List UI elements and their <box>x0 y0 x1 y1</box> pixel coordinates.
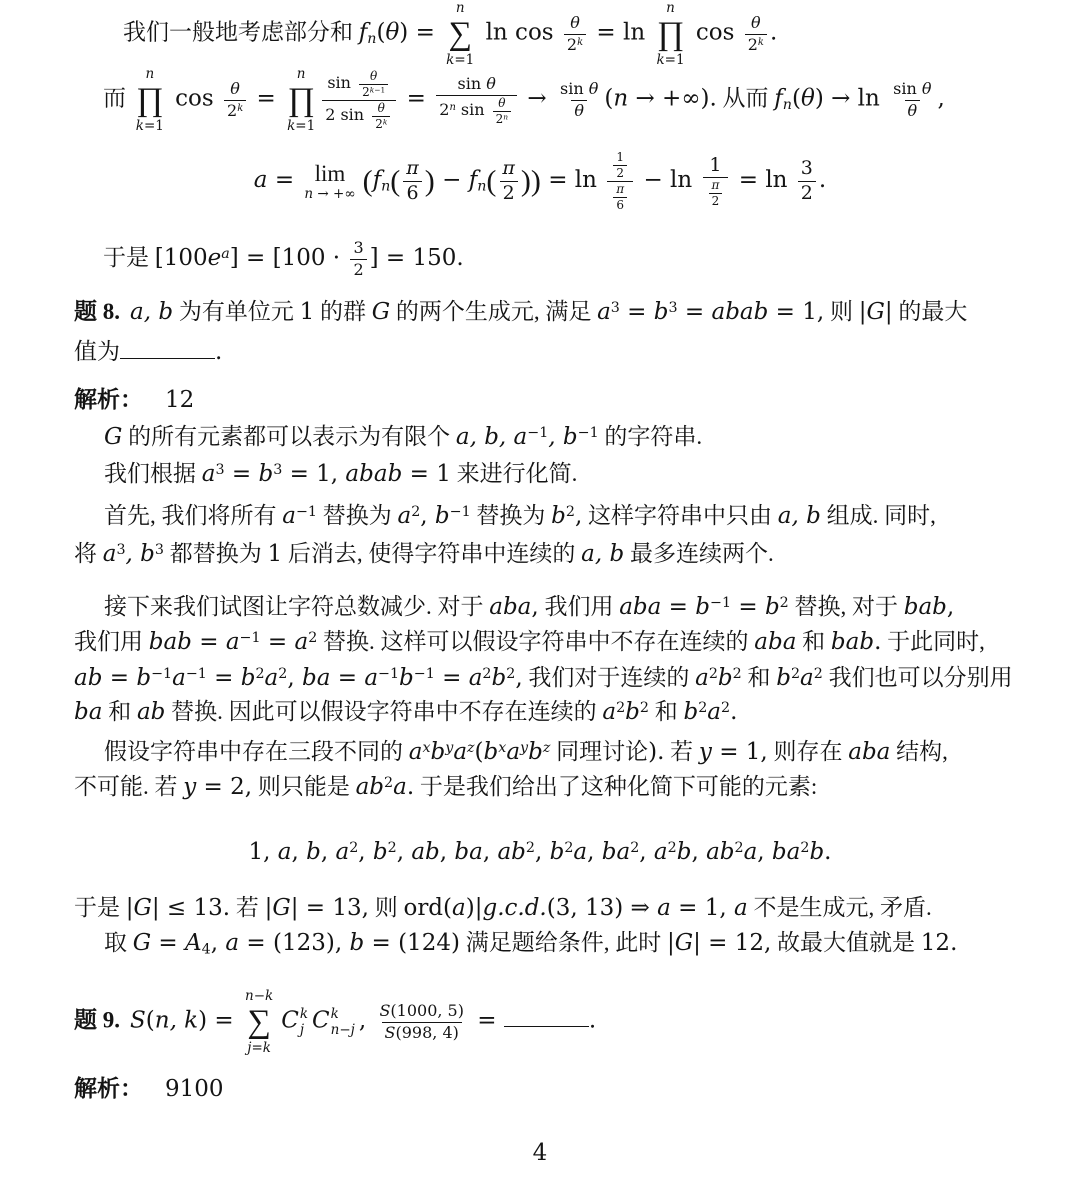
math-roman-run: [100 <box>155 245 208 271</box>
math-italic-run: aba <box>848 739 890 765</box>
math-roman-run: = <box>435 665 469 691</box>
problem8-statement-line1: 题 8.a, b 为有单位元 1 的群 G 的两个生成元, 满足 a3 = b3… <box>74 292 967 332</box>
math-roman-run: = <box>470 1007 504 1033</box>
problem8-statement-line2: 值为. <box>74 332 222 372</box>
big-operator: n∏k=1 <box>656 0 684 68</box>
superscript: 3 <box>273 462 282 478</box>
math-roman-run: −1 <box>240 630 261 646</box>
math-italic-run: a <box>397 503 411 529</box>
problem8-solution-e2: 不可能. 若 y = 2, 则只能是 ab2a. 于是我们给出了这种化简下可能的… <box>74 767 817 807</box>
superscript: −1 <box>186 666 207 682</box>
math-roman-run: ( <box>792 85 801 111</box>
fraction: θ2n <box>493 96 511 127</box>
math-italic-run: S <box>130 1007 146 1033</box>
math-roman-run: , <box>287 665 302 691</box>
numerator: sin θ <box>454 74 498 95</box>
superscript: k−1 <box>370 85 385 94</box>
text-run: 则 <box>369 895 404 920</box>
math-italic-run: a <box>364 665 378 691</box>
math-italic-run: G <box>866 299 884 325</box>
math-italic-run: a <box>469 665 483 691</box>
math-italic-run: k <box>577 37 583 48</box>
text-run: 和 <box>742 665 777 690</box>
document-page: 我们一般地考虑部分和 fn(θ) = n∑k=1 ln cos θ2k = ln… <box>0 0 1080 1187</box>
denominator: 2 <box>350 259 366 281</box>
subscript: n <box>477 178 486 194</box>
math-italic-run: abab <box>712 299 769 325</box>
math-italic-run: G <box>675 930 693 956</box>
math-roman-run: = <box>330 665 364 691</box>
math-italic-run: k <box>237 103 243 114</box>
fraction: S(1000, 5)S(998, 4) <box>376 1001 467 1044</box>
superscript: 2 <box>721 700 730 716</box>
math-italic-run: b <box>528 739 543 765</box>
math-roman-run: 2 <box>503 182 515 204</box>
math-italic-run: n <box>331 1022 340 1038</box>
text-run: 的两个生成元, 满足 <box>390 299 597 324</box>
math-italic-run: b <box>683 699 698 725</box>
denominator: π6 <box>607 181 633 213</box>
superscript: k <box>758 37 764 48</box>
math-roman-run: − <box>435 167 469 193</box>
math-roman-run: = <box>268 167 302 193</box>
math-italic-run: n <box>304 186 313 202</box>
numerator: θ <box>567 13 583 34</box>
math-roman-run: = <box>102 665 136 691</box>
superscript: 2 <box>698 700 707 716</box>
fraction: 12 <box>613 150 627 181</box>
stack-subscript: n−j <box>331 1022 355 1039</box>
math-roman-run: 1 <box>267 541 282 567</box>
denominator: 2n sin θ2n <box>436 95 517 127</box>
math-italic-run: C <box>312 1007 330 1033</box>
math-roman-run: | <box>667 930 675 956</box>
math-roman-run: −1 <box>186 666 207 682</box>
math-italic-run: a <box>225 930 239 956</box>
math-roman-run: 12. <box>921 930 958 956</box>
operator-symbol: ∏ <box>288 83 315 118</box>
math-italic-run: b <box>677 839 692 865</box>
math-roman-run: 2 <box>791 666 800 682</box>
math-roman-run: ). <box>648 739 664 765</box>
denominator: 2k <box>372 116 390 132</box>
math-roman-run: = ln <box>731 167 794 193</box>
superscript: −1 <box>450 504 471 520</box>
math-italic-run: a <box>221 246 230 262</box>
math-roman-run: 2 <box>616 166 624 180</box>
math-roman-run: − <box>339 1022 350 1038</box>
superscript: a <box>221 246 230 262</box>
superscript: 2 <box>349 840 358 856</box>
math-italic-run: ba <box>74 699 102 725</box>
math-roman-run: . <box>589 1007 596 1033</box>
math-roman-run: (998, 4) <box>396 1023 459 1042</box>
superscript: 2 <box>733 666 742 682</box>
math-roman-run: 6 <box>616 198 624 212</box>
math-roman-run: 1 <box>709 154 721 176</box>
math-italic-run: G <box>372 299 390 325</box>
math-italic-run: x <box>422 740 430 756</box>
math-italic-run: S <box>385 1023 396 1042</box>
text-run: 我们用 <box>74 629 149 654</box>
problem8-solution-d2: 我们用 bab = a−1 = a2 替换. 这样可以假设字符串中不存在连续的 … <box>74 622 985 662</box>
math-roman-run: )| <box>466 895 483 921</box>
superscript: 2 <box>411 504 420 520</box>
math-roman-run: = 1, <box>768 299 824 325</box>
superscript: 2 <box>630 840 639 856</box>
math-roman-run: 2 <box>712 194 720 208</box>
math-roman-run: ln cos <box>478 19 561 45</box>
superscript: 2 <box>388 840 397 856</box>
text-run: 替换为 <box>471 503 552 528</box>
blank-underline <box>120 335 215 359</box>
denominator: S(998, 4) <box>382 1022 462 1044</box>
math-roman-run: = (124) <box>364 930 460 956</box>
math-roman-run: ] = 150. <box>370 245 464 271</box>
numerator: 3 <box>798 157 816 181</box>
math-italic-run: b <box>484 739 499 765</box>
superscript: 2 <box>278 666 287 682</box>
math-italic-run: b <box>306 839 321 865</box>
math-italic-run: b <box>373 839 388 865</box>
math-roman-run: −1 <box>414 666 435 682</box>
math-roman-run: −1 <box>296 504 317 520</box>
superscript: 3 <box>669 300 678 316</box>
math-roman-run: ( <box>604 85 613 111</box>
math-roman-run: , <box>587 839 602 865</box>
superscript: x <box>422 740 430 756</box>
math-italic-run: n <box>783 97 792 113</box>
math-italic-run: π <box>712 178 720 192</box>
math-roman-run: ( <box>475 739 484 765</box>
math-italic-run: θ <box>230 79 240 98</box>
denominator: 2 <box>500 181 518 206</box>
superscript: −1 <box>151 666 172 682</box>
big-paren: ( <box>390 165 400 198</box>
math-italic-run: a, b <box>778 503 821 529</box>
math-roman-run: , <box>321 839 336 865</box>
text-run: 替换. 这样可以假设字符串中不存在连续的 <box>317 629 754 654</box>
math-italic-run: b <box>241 665 256 691</box>
numerator: sin θ2k−1 <box>324 69 394 100</box>
math-italic-run: b <box>435 503 450 529</box>
superscript: 2 <box>668 840 677 856</box>
numerator: 3 <box>350 238 366 259</box>
big-paren: ) <box>521 165 531 198</box>
text-run: 而 <box>103 85 132 110</box>
numerator: θ <box>748 13 764 34</box>
math-roman-run: 2 <box>698 700 707 716</box>
upper-limit: n−k <box>245 988 273 1005</box>
math-roman-run: , <box>483 839 498 865</box>
math-roman-run: 2 <box>814 666 823 682</box>
math-italic-run: θ <box>498 96 505 110</box>
math-roman-run: = 1 <box>402 461 451 487</box>
numerator: 1 <box>706 154 724 178</box>
text-run: ​ 从而 <box>717 85 775 110</box>
math-roman-run: 2 <box>721 700 730 716</box>
math-italic-run: a <box>452 895 466 921</box>
denominator: 2 <box>613 165 627 181</box>
math-roman-run: , <box>938 85 945 111</box>
text-run: 来进行化简. <box>451 461 578 486</box>
numerator: π <box>403 157 422 181</box>
numerator: 1 <box>613 150 627 165</box>
math-italic-run: b <box>776 665 791 691</box>
subscript: 4 <box>202 942 211 958</box>
math-roman-run: −1 <box>578 425 599 441</box>
bold-label: 题 9. <box>74 1007 120 1032</box>
math-roman-run: = <box>661 594 695 620</box>
math-italic-run: a <box>573 839 587 865</box>
text-run: 组成. 同时, <box>821 503 936 528</box>
problem8-elements-list: 1, a, b, a2, b2, ab, ba, ab2, b2a, ba2, … <box>0 832 1080 872</box>
text-run: 最多连续两个. <box>624 541 774 566</box>
bold-label: 题 8. <box>74 299 120 324</box>
math-italic-run: b <box>718 665 733 691</box>
text-run: 我们根据 <box>104 461 202 486</box>
superscript: y <box>520 740 528 756</box>
numerator: 12 <box>607 150 633 181</box>
numerator: π <box>499 157 518 181</box>
math-roman-run: 2 <box>349 840 358 856</box>
math-roman-run: 2 <box>439 100 449 119</box>
math-italic-run: n <box>297 66 306 82</box>
math-roman-run: −1 <box>527 425 548 441</box>
operator-symbol: ∏ <box>136 83 163 118</box>
math-italic-run: a <box>282 503 296 529</box>
math-italic-run: b <box>349 930 364 956</box>
math-italic-run: n <box>477 178 486 194</box>
math-italic-run: y <box>520 740 528 756</box>
problem8-solution-a: G 的所有元素都可以表示为有限个 a, b, a−1, b−1 的字符串. <box>104 417 702 457</box>
stack-superscript: k <box>300 1006 308 1023</box>
fraction: 32 <box>798 157 816 206</box>
operator-symbol: ∏ <box>657 17 684 52</box>
math-italic-run: a <box>654 839 668 865</box>
lower-limit: n → +∞ <box>304 187 355 202</box>
math-roman-run: − <box>254 988 265 1004</box>
math-italic-run: a, b <box>581 541 624 567</box>
fraction: π6 <box>613 182 627 213</box>
math-roman-run: 2 <box>668 840 677 856</box>
numerator: sin θ <box>890 79 934 100</box>
math-italic-run: θ <box>922 79 932 98</box>
math-roman-run: . <box>824 839 831 865</box>
math-italic-run: k <box>331 1006 339 1022</box>
problem8-solution-d4: ba 和 ab 替换. 因此可以假设字符串中不存在连续的 a2b2 和 b2a2… <box>74 692 737 732</box>
math-roman-run: = <box>620 299 654 325</box>
math-roman-run: 2 <box>748 35 758 54</box>
denominator: 2 <box>798 181 816 206</box>
math-roman-run: = <box>192 629 226 655</box>
math-italic-run: n <box>613 85 628 111</box>
math-italic-run: j <box>351 1022 355 1038</box>
math-roman-run: = <box>731 594 765 620</box>
big-paren: ) <box>531 165 541 198</box>
text-run: 为有单位元 <box>173 299 300 324</box>
math-italic-run: f <box>774 85 783 111</box>
math-italic-run: b <box>399 665 414 691</box>
math-roman-run: . <box>770 19 777 45</box>
math-roman-run: 3 <box>155 542 164 558</box>
math-italic-run: y <box>699 739 712 765</box>
text-run: 接下来我们试图让字符总数减少. 对于 <box>104 594 489 619</box>
denominator: 2k <box>224 100 246 122</box>
math-roman-run: . <box>215 339 222 365</box>
superscript: 2 <box>526 840 535 856</box>
math-italic-run: a <box>602 699 616 725</box>
fraction: θ2k <box>224 79 246 122</box>
math-roman-run: 4 <box>533 1140 548 1166</box>
math-roman-run: cos <box>689 19 742 45</box>
math-italic-run: k <box>758 37 764 48</box>
text-run: 和 <box>102 699 137 724</box>
subscript: n <box>381 178 390 194</box>
math-italic-run: θ <box>486 74 496 93</box>
fraction: θ2k <box>745 13 767 56</box>
math-roman-run: 2 <box>506 666 515 682</box>
math-roman-run: , <box>691 839 706 865</box>
math-italic-run: b <box>809 839 824 865</box>
fraction: π6 <box>403 157 422 206</box>
math-italic-run: n, k <box>155 1007 198 1033</box>
superscript: n <box>503 112 508 121</box>
math-roman-run: , <box>420 503 435 529</box>
math-italic-run: b <box>136 665 151 691</box>
text-run: 替换, 对于 <box>789 594 904 619</box>
math-italic-run: n <box>145 66 154 82</box>
superscript: 2 <box>791 666 800 682</box>
math-italic-run: abab <box>345 461 402 487</box>
superscript: 3 <box>611 300 620 316</box>
fraction: θ2k <box>564 13 586 56</box>
math-roman-run: 6 <box>406 182 418 204</box>
text-run: 将 <box>74 541 103 566</box>
math-italic-run: b <box>258 461 273 487</box>
math-italic-run: θ <box>385 19 399 45</box>
math-roman-run: | <box>885 299 893 325</box>
superscript: 2 <box>384 775 393 791</box>
math-italic-run: ba <box>454 839 482 865</box>
upper-limit: n <box>666 0 675 17</box>
math-roman-run: sin <box>457 74 486 93</box>
math-italic-run: a <box>734 895 748 921</box>
math-roman-run: = 2, <box>196 774 252 800</box>
math-italic-run: bab <box>831 629 874 655</box>
problem9-statement: 题 9.S(n, k) = n−k∑j=kCkjCkn−j, S(1000, 5… <box>74 988 596 1056</box>
math-roman-run: | <box>126 895 134 921</box>
superscript: −1 <box>296 504 317 520</box>
math-roman-run: 2 <box>780 595 789 611</box>
math-roman-run: , <box>292 839 307 865</box>
math-italic-run: g.c.d. <box>482 895 546 921</box>
math-roman-run: , <box>397 839 412 865</box>
math-italic-run: ba <box>772 839 800 865</box>
math-italic-run: e <box>208 245 222 271</box>
denominator: 2n <box>493 111 511 127</box>
math-italic-run: k <box>300 1006 308 1022</box>
big-paren: ( <box>363 165 373 198</box>
math-roman-run: , <box>211 930 226 956</box>
math-roman-run: = <box>225 461 259 487</box>
math-italic-run: ab <box>137 699 165 725</box>
denominator: 6 <box>403 181 421 206</box>
text-run: 和 <box>796 629 831 654</box>
operator-symbol: ∑ <box>448 17 472 52</box>
math-italic-run: aba <box>489 594 531 620</box>
math-italic-run: k <box>136 118 144 134</box>
superscript: k <box>383 117 388 126</box>
superscript: 2 <box>308 630 317 646</box>
math-italic-run: a <box>172 665 186 691</box>
math-italic-run: C <box>281 1007 299 1033</box>
text-run: 则存在 <box>768 739 849 764</box>
math-italic-run: a <box>103 541 117 567</box>
math-italic-run: b <box>551 503 566 529</box>
math-roman-run: 2 <box>362 85 370 99</box>
text-run: 则 <box>824 299 859 324</box>
math-roman-run: = <box>249 85 283 111</box>
math-roman-run: 2 <box>278 666 287 682</box>
math-roman-run: 2 sin <box>325 105 369 124</box>
math-roman-run: −1 <box>710 595 731 611</box>
big-operator: n∑k=1 <box>446 0 474 68</box>
math-roman-run: 12 <box>165 387 194 413</box>
math-italic-run: y <box>183 774 196 800</box>
superscript: −1 <box>578 425 599 441</box>
numerator: π <box>709 178 723 193</box>
fraction: sin θθ <box>890 79 934 122</box>
text-run: 若 <box>230 895 265 920</box>
lim-label: lim <box>315 161 346 186</box>
problem8-solution-c1: 首先, 我们将所有 a−1 替换为 a2, b−1 替换为 b2, 这样字符串中… <box>104 496 936 536</box>
fraction: 32 <box>350 238 366 281</box>
big-paren: ( <box>486 165 496 198</box>
denominator: 2k <box>745 34 767 56</box>
text-run: 值为 <box>74 339 120 364</box>
math-italic-run: A <box>185 930 202 956</box>
superscript: −1 <box>710 595 731 611</box>
upper-limit: n <box>297 66 306 83</box>
math-italic-run: a <box>800 665 814 691</box>
math-italic-run: ab <box>411 839 439 865</box>
text-run: 后消去, 使得字符串中连续的 <box>282 541 581 566</box>
math-italic-run: θ <box>908 101 918 120</box>
math-roman-run: 9100 <box>165 1076 224 1102</box>
math-italic-run: θ <box>574 101 584 120</box>
math-italic-run: θ <box>570 13 580 32</box>
math-italic-run: f <box>469 167 478 193</box>
math-italic-run: G <box>104 424 122 450</box>
big-operator: n−k∑j=k <box>245 988 273 1056</box>
math-italic-run: ba <box>302 665 330 691</box>
math-roman-run: , <box>535 839 550 865</box>
math-roman-run: 2 <box>735 840 744 856</box>
big-paren: ) <box>425 165 435 198</box>
math-italic-run: π <box>406 157 419 179</box>
math-italic-run: f <box>373 167 382 193</box>
text-run: 替换. 因此可以假设字符串中不存在连续的 <box>165 699 602 724</box>
text-run: 这样字符串中只由 <box>582 503 778 528</box>
math-roman-run: −1 <box>378 666 399 682</box>
math-roman-run: 2 <box>616 700 625 716</box>
math-roman-run: | ≤ 13. <box>152 895 230 921</box>
math-italic-run: S <box>379 1001 390 1020</box>
math-roman-run: sin <box>327 73 356 92</box>
text-run: 替换为 <box>317 503 398 528</box>
math-roman-run: 2 <box>733 666 742 682</box>
